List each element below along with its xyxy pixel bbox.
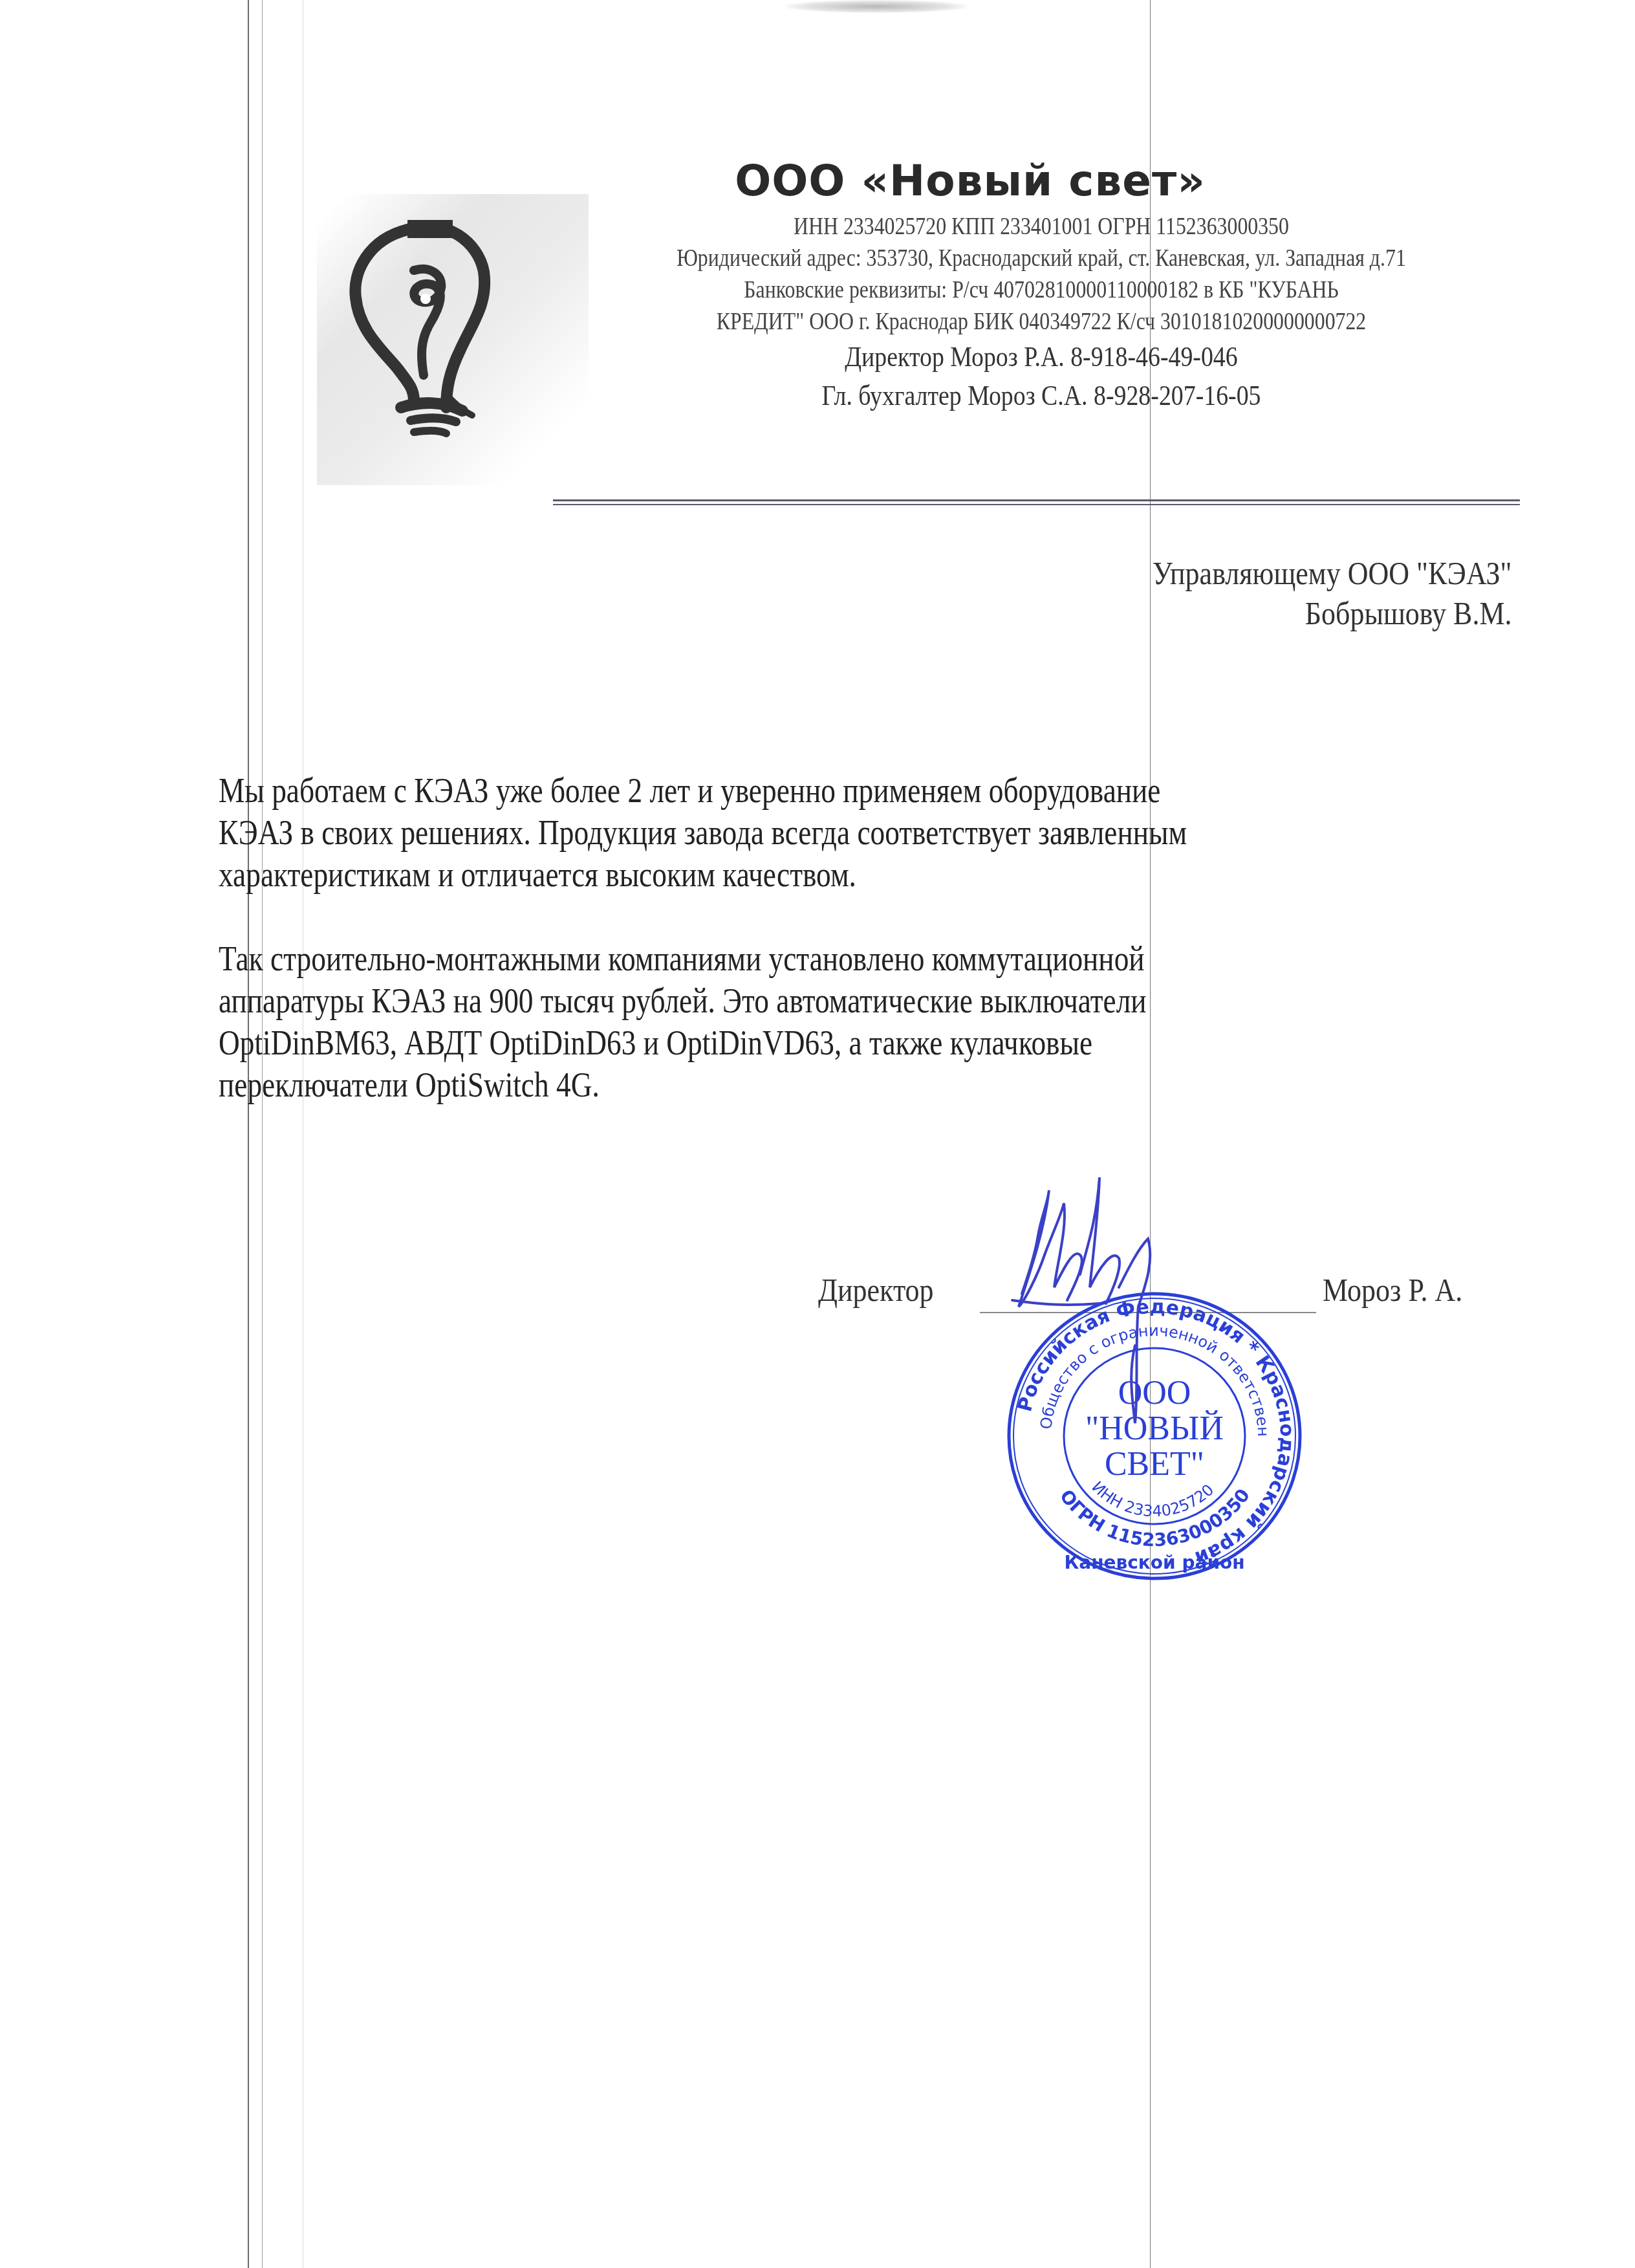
company-logo — [317, 194, 589, 485]
lightbulb-icon — [317, 194, 589, 485]
text-line: OptiDinBM63, АВДТ OptiDinD63 и OptiDinVD… — [219, 1022, 1251, 1064]
letter-body: Мы работаем с КЭАЗ уже более 2 лет и уве… — [219, 770, 1447, 1148]
text-line: характеристикам и отличается высоким кач… — [219, 854, 1251, 896]
company-name: ООО «Новый свет» — [485, 155, 1455, 207]
text-line: КЭАЗ в своих решениях. Продукция завода … — [219, 812, 1251, 854]
letterhead: ООО «Новый свет» ИНН 2334025720 КПП 2334… — [556, 155, 1526, 415]
paragraph: Так строительно-монтажными компаниями ус… — [219, 938, 1251, 1106]
signatory-name: Мороз Р. А. — [1323, 1271, 1462, 1309]
legal-address: Юридический адрес: 353730, Краснодарский… — [624, 243, 1458, 274]
paragraph: Мы работаем с КЭАЗ уже более 2 лет и уве… — [219, 770, 1251, 896]
signatory-title: Директор — [818, 1271, 934, 1309]
director-contact: Директор Мороз Р.А. 8-918-46-49-046 — [624, 338, 1458, 376]
addressee-position: Управляющему ООО "КЭАЗ" — [1153, 553, 1512, 593]
handwritten-signature — [1009, 1177, 1190, 1475]
scan-smudge — [786, 0, 967, 13]
text-line: аппаратуры КЭАЗ на 900 тысяч рублей. Это… — [219, 980, 1251, 1022]
stamp-region: Каневской район — [1064, 1552, 1244, 1573]
bank-details-line-1: Банковские реквизиты: Р/сч 4070281000011… — [624, 274, 1458, 306]
addressee-block: Управляющему ООО "КЭАЗ" Бобрышову В.М. — [1153, 553, 1512, 633]
text-line: Так строительно-монтажными компаниями ус… — [219, 938, 1251, 980]
registration-numbers: ИНН 2334025720 КПП 233401001 ОГРН 115236… — [624, 211, 1458, 243]
addressee-name: Бобрышову В.М. — [1153, 593, 1512, 633]
text-line: Мы работаем с КЭАЗ уже более 2 лет и уве… — [219, 770, 1251, 812]
header-divider — [553, 499, 1520, 501]
bank-details-line-2: КРЕДИТ" ООО г. Краснодар БИК 040349722 К… — [624, 306, 1458, 338]
header-divider — [553, 504, 1520, 505]
signature-row: Директор Мороз Р. А. — [0, 1271, 1635, 1323]
text-line: переключатели OptiSwitch 4G. — [219, 1064, 1251, 1106]
accountant-contact: Гл. бухгалтер Мороз С.А. 8-928-207-16-05 — [624, 376, 1458, 415]
